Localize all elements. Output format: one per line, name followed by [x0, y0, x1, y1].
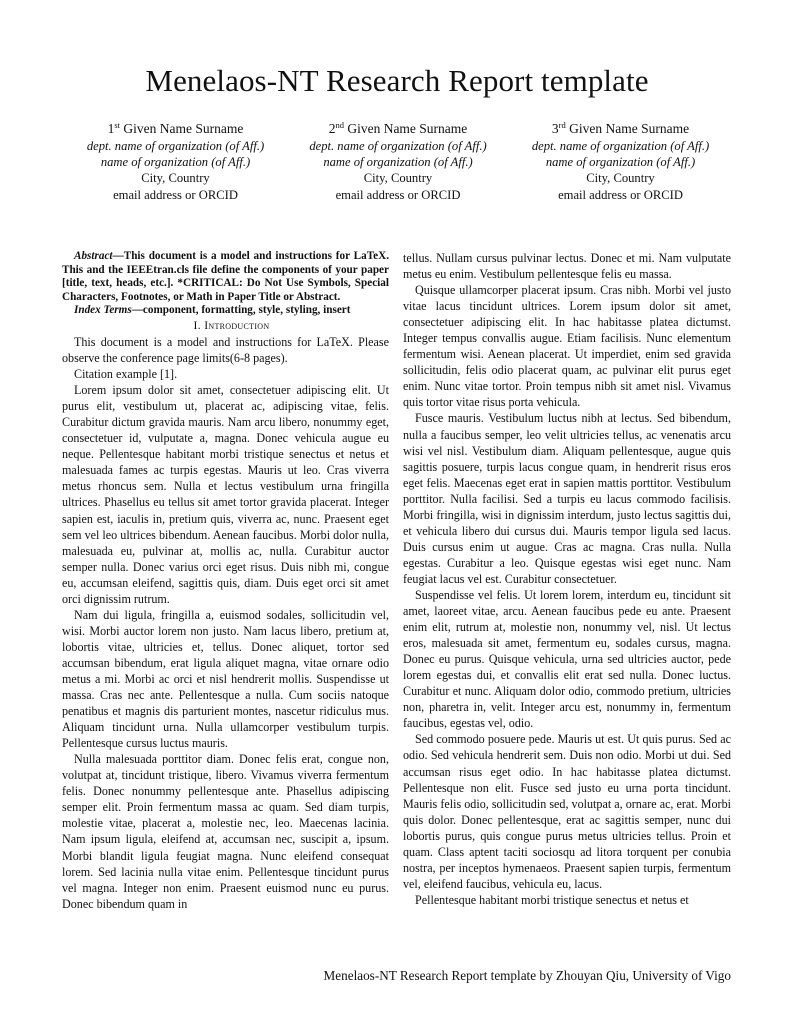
author-2: 2nd Given Name Surname dept. name of org… — [291, 120, 506, 203]
author-contact: email address or ORCID — [291, 187, 506, 203]
author-name: 3rd Given Name Surname — [513, 120, 728, 138]
author-name: 2nd Given Name Surname — [291, 120, 506, 138]
author-location: City, Country — [291, 170, 506, 186]
author-ordinal-suffix: rd — [559, 120, 566, 130]
index-terms: Index Terms—component, formatting, style… — [62, 304, 389, 318]
author-block: 1st Given Name Surname dept. name of org… — [68, 120, 728, 203]
left-column: Abstract—This document is a model and in… — [62, 250, 389, 912]
body-paragraph: Lorem ipsum dolor sit amet, consectetuer… — [62, 382, 389, 607]
body-paragraph: Nulla malesuada porttitor diam. Donec fe… — [62, 751, 389, 911]
body-paragraph: This document is a model and instruction… — [62, 334, 389, 366]
author-org: name of organization (of Aff.) — [68, 154, 283, 170]
index-terms-label: Index Terms — [74, 304, 132, 316]
section-heading-introduction: I. Introduction — [62, 318, 389, 334]
paper-title: Menelaos-NT Research Report template — [0, 62, 794, 100]
author-ordinal-suffix: nd — [335, 120, 344, 130]
body-paragraph: Citation example [1]. — [62, 366, 389, 382]
author-name-text: Given Name Surname — [123, 121, 243, 136]
author-org: name of organization (of Aff.) — [291, 154, 506, 170]
author-dept: dept. name of organization (of Aff.) — [68, 138, 283, 154]
abstract: Abstract—This document is a model and in… — [62, 250, 389, 304]
body-paragraph: Nam dui ligula, fringilla a, euismod sod… — [62, 607, 389, 751]
index-terms-text: —component, formatting, style, styling, … — [132, 304, 351, 316]
author-dept: dept. name of organization (of Aff.) — [291, 138, 506, 154]
author-contact: email address or ORCID — [68, 187, 283, 203]
body-paragraph: Suspendisse vel felis. Ut lorem lorem, i… — [403, 587, 731, 731]
body-paragraph: Sed commodo posuere pede. Mauris ut est.… — [403, 731, 731, 891]
author-location: City, Country — [68, 170, 283, 186]
author-ordinal: 3 — [552, 121, 559, 136]
author-name: 1st Given Name Surname — [68, 120, 283, 138]
author-contact: email address or ORCID — [513, 187, 728, 203]
abstract-label: Abstract — [74, 250, 113, 262]
author-name-text: Given Name Surname — [569, 121, 689, 136]
right-column: tellus. Nullam cursus pulvinar lectus. D… — [403, 250, 731, 908]
author-location: City, Country — [513, 170, 728, 186]
body-paragraph: Quisque ullamcorper placerat ipsum. Cras… — [403, 282, 731, 410]
section-number: I. — [194, 319, 201, 332]
author-org: name of organization (of Aff.) — [513, 154, 728, 170]
author-name-text: Given Name Surname — [347, 121, 467, 136]
page-footer: Menelaos-NT Research Report template by … — [324, 968, 731, 984]
body-paragraph: Pellentesque habitant morbi tristique se… — [403, 892, 731, 908]
body-paragraph-continued: tellus. Nullam cursus pulvinar lectus. D… — [403, 250, 731, 282]
author-1: 1st Given Name Surname dept. name of org… — [68, 120, 283, 203]
section-title: Introduction — [204, 319, 269, 332]
author-ordinal-suffix: st — [114, 120, 120, 130]
author-dept: dept. name of organization (of Aff.) — [513, 138, 728, 154]
author-3: 3rd Given Name Surname dept. name of org… — [513, 120, 728, 203]
body-paragraph: Fusce mauris. Vestibulum luctus nibh at … — [403, 410, 731, 587]
